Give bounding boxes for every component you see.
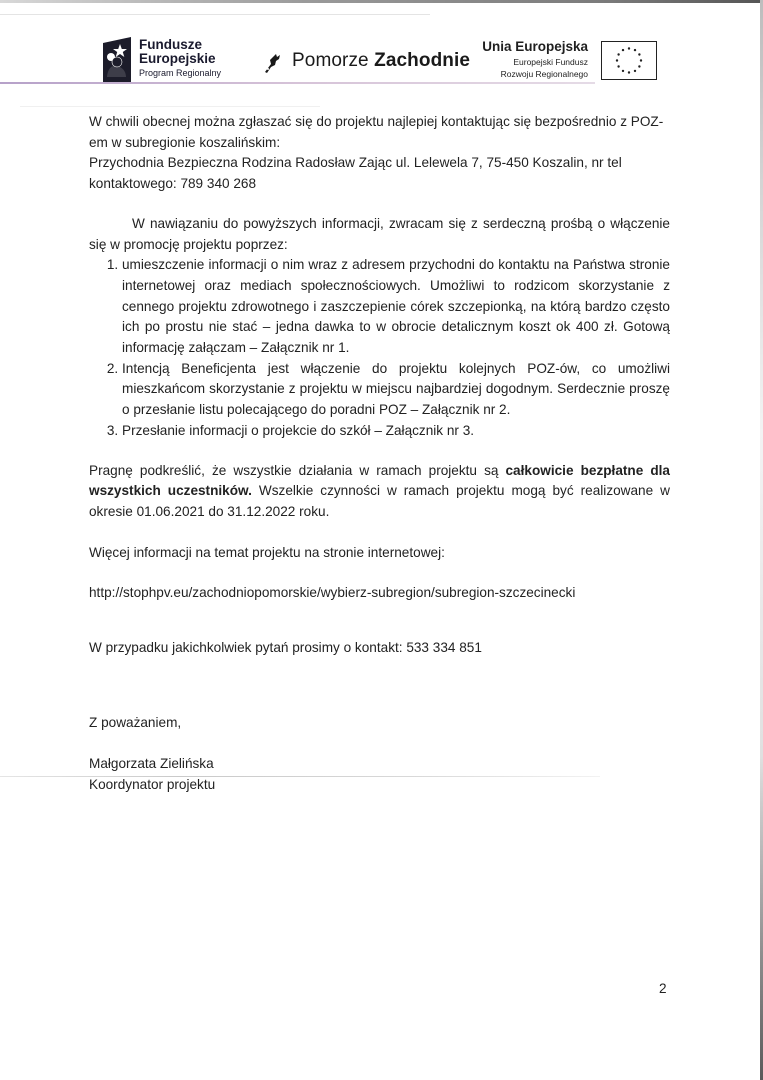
header-divider [0, 82, 595, 84]
pomorze-zachodnie-wordmark: Pomorze Zachodnie [292, 50, 470, 72]
fe-line2: Europejskie [139, 52, 221, 66]
pomorze-zachodnie-griffin-icon [262, 52, 284, 74]
paragraph-more-info: Więcej informacji na temat projektu na s… [89, 543, 670, 564]
fe-line1: Fundusze [139, 38, 221, 52]
ue-line3: Rozwoju Regionalnego [470, 68, 588, 80]
fundusze-europejskie-logo-icon [103, 37, 131, 83]
letter-body: W chwili obecnej można zgłaszać się do p… [89, 112, 670, 796]
unia-europejska-wordmark: Unia Europejska Europejski Fundusz Rozwo… [470, 41, 588, 80]
signer-title: Koordynator projektu [89, 775, 670, 796]
pz-word2: Zachodnie [374, 50, 470, 71]
paragraph-clinic-address: Przychodnia Bezpieczna Rodzina Radosław … [89, 153, 670, 194]
paragraph-questions: W przypadku jakichkolwiek pytań prosimy … [89, 638, 670, 659]
list-item: Przesłanie informacji o projekcie do szk… [122, 421, 670, 442]
pz-word1: Pomorze [292, 50, 369, 71]
ue-line2: Europejski Fundusz [470, 56, 588, 68]
fe-line3: Program Regionalny [139, 66, 221, 80]
paragraph-request: W nawiązaniu do powyższych informacji, z… [89, 214, 670, 255]
fundusze-europejskie-wordmark: Fundusze Europejskie Program Regionalny [139, 38, 221, 80]
signer-name: Małgorzata Zielińska [89, 754, 670, 775]
ue-line1: Unia Europejska [470, 41, 588, 53]
closing-salutation: Z poważaniem, [89, 713, 670, 734]
eu-flag-icon [601, 41, 657, 80]
page-number: 2 [659, 981, 667, 996]
letterhead: Fundusze Europejskie Program Regionalny … [0, 30, 763, 85]
scan-artifact-line [0, 14, 430, 15]
scan-artifact-line [20, 106, 320, 107]
free-text-before: Pragnę podkreślić, że wszystkie działani… [89, 463, 506, 478]
scan-fold-line [0, 776, 600, 777]
promotion-list: umieszczenie informacji o nim wraz z adr… [89, 255, 670, 441]
paragraph-free-of-charge: Pragnę podkreślić, że wszystkie działani… [89, 461, 670, 523]
list-item: Intencją Beneficjenta jest włączenie do … [122, 359, 670, 421]
list-item: umieszczenie informacji o nim wraz z adr… [122, 255, 670, 359]
paragraph-contact: W chwili obecnej można zgłaszać się do p… [89, 112, 670, 153]
project-url: http://stophpv.eu/zachodniopomorskie/wyb… [89, 583, 670, 604]
scan-edge-top [0, 0, 763, 3]
